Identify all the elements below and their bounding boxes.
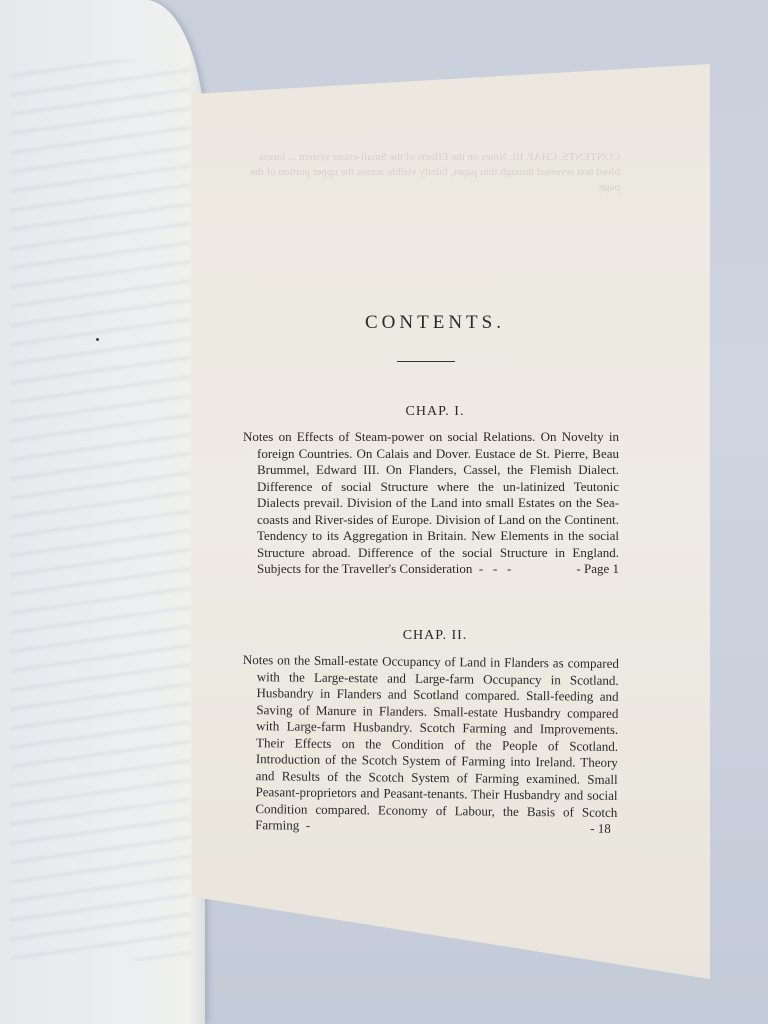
- chapter-1-summary: Notes on Effects of Steam-power on socia…: [243, 429, 619, 578]
- left-page: [0, 0, 205, 1024]
- chapter-1-heading: CHAP. I.: [240, 404, 630, 420]
- ink-speck: [96, 338, 99, 341]
- title-rule: [397, 361, 455, 362]
- reverse-bleed-through: CONTENTS. CHAP. III. Notes on the Effect…: [240, 150, 620, 300]
- page-title: CONTENTS.: [240, 312, 630, 334]
- chapter-2-page: - 18: [604, 821, 617, 838]
- chapter-2-summary: Notes on the Small-estate Occupancy of L…: [241, 652, 619, 837]
- chapter-2-heading: CHAP. II.: [240, 628, 630, 644]
- chapter-1-text: Notes on Effects of Steam-power on socia…: [243, 429, 619, 576]
- bleed-through-text: [10, 60, 190, 960]
- chapter-2-text: Notes on the Small-estate Occupancy of L…: [243, 652, 619, 833]
- chapter-2-leader: -: [299, 818, 320, 833]
- chapter-1-leader: - - -: [472, 561, 518, 576]
- chapter-1-page: - Page 1: [590, 561, 619, 578]
